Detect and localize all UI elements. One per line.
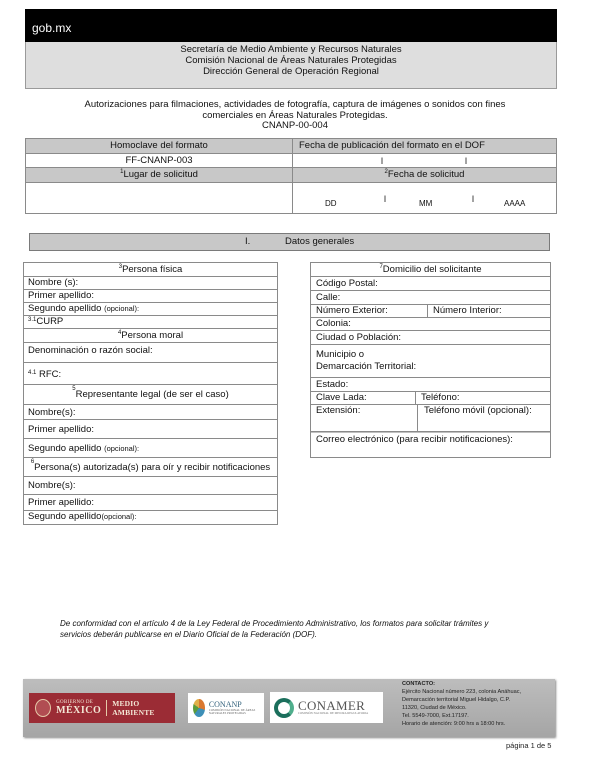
table-row: 1Lugar de solicitud 2Fecha de solicitud bbox=[26, 168, 556, 183]
field-label: Extensión: bbox=[316, 405, 360, 416]
date-separator: l bbox=[465, 154, 467, 168]
format-info-table: Homoclave del formato Fecha de publicaci… bbox=[25, 138, 557, 214]
denominacion-field[interactable]: Denominación o razón social: bbox=[24, 343, 277, 363]
representante-title: Representante legal (de ser el caso) bbox=[76, 389, 229, 400]
conanp-emblem-icon bbox=[193, 699, 205, 717]
primer-apellido-field[interactable]: Primer apellido: bbox=[24, 290, 277, 303]
conamer-emblem-icon bbox=[274, 698, 294, 718]
optional-label: (opcional): bbox=[104, 444, 139, 453]
field-label: CURP bbox=[36, 316, 63, 327]
estado-field[interactable]: Estado: bbox=[311, 378, 550, 392]
year-label: AAAA bbox=[504, 197, 525, 211]
optional-label: (opcional): bbox=[104, 304, 139, 313]
legal-note-line: De conformidad con el artículo 4 de la L… bbox=[60, 619, 530, 630]
persona-fisica-title: Persona física bbox=[122, 264, 182, 275]
section-header: I. Datos generales bbox=[29, 233, 550, 251]
fecha-solicitud-header: 2Fecha de solicitud bbox=[292, 168, 556, 182]
table-row: FF-CNANP-003 l l bbox=[26, 154, 556, 168]
domicilio-title: Domicilio del solicitante bbox=[383, 263, 482, 276]
autorizadas-title: Persona(s) autorizada(s) para oír y reci… bbox=[34, 462, 270, 473]
curp-field[interactable]: 3.1CURP bbox=[24, 316, 277, 329]
numero-interior-field[interactable]: Número Interior: bbox=[428, 305, 550, 317]
field-label: Correo electrónico (para recibir notific… bbox=[316, 434, 513, 457]
representante-header: 5Representante legal (de ser el caso) bbox=[24, 385, 277, 405]
table-row: Homoclave del formato Fecha de publicaci… bbox=[26, 139, 556, 154]
aut-segundo-apellido-field[interactable]: Segundo apellido(opcional): bbox=[24, 511, 277, 524]
field-label: Segundo apellido bbox=[28, 511, 101, 522]
procedure-code: CNANP-00-004 bbox=[60, 121, 530, 132]
gobierno-mexico-logo: GOBIERNO DE MÉXICO MEDIO AMBIENTE bbox=[29, 693, 175, 723]
extension-row: Extensión: Teléfono móvil (opcional): bbox=[311, 405, 550, 432]
lugar-input[interactable] bbox=[26, 183, 292, 213]
field-label: Calle: bbox=[316, 291, 340, 304]
field-label: Colonia: bbox=[316, 318, 351, 330]
field-label: RFC: bbox=[36, 369, 61, 380]
field-label: Nombre(s): bbox=[28, 480, 76, 491]
table-row: DD l MM l AAAA bbox=[26, 183, 556, 213]
rep-segundo-apellido-field[interactable]: Segundo apellido (opcional): bbox=[24, 439, 277, 458]
logo-divider bbox=[106, 700, 107, 716]
numero-exterior-field[interactable]: Número Exterior: bbox=[311, 305, 428, 317]
field-label: Municipio o bbox=[316, 349, 550, 361]
contact-line: Demarcación territorial Miguel Hidalgo, … bbox=[402, 696, 552, 704]
contact-title: CONTACTO: bbox=[402, 680, 552, 688]
numero-row: Número Exterior: Número Interior: bbox=[311, 305, 550, 318]
field-label: Clave Lada: bbox=[316, 392, 367, 403]
date-separator: l bbox=[381, 154, 383, 168]
lugar-label: Lugar de solicitud bbox=[123, 169, 197, 180]
conamer-logo: CONAMER COMISIÓN NACIONAL DE MEJORA REGU… bbox=[270, 692, 383, 723]
correo-field[interactable]: Correo electrónico (para recibir notific… bbox=[311, 432, 550, 457]
calle-field[interactable]: Calle: bbox=[311, 291, 550, 305]
page-number: página 1 de 5 bbox=[506, 741, 551, 750]
contact-line: 11320, Ciudad de México. bbox=[402, 704, 552, 712]
date-separator: l bbox=[472, 192, 474, 206]
dof-date-field[interactable]: l l bbox=[292, 154, 556, 167]
field-label: Estado: bbox=[316, 378, 348, 391]
rep-nombre-field[interactable]: Nombre(s): bbox=[24, 405, 277, 420]
persona-fisica-header: 3Persona física bbox=[24, 263, 277, 277]
field-label: Segundo apellido bbox=[28, 303, 101, 314]
medio-ambiente-label: MEDIO AMBIENTE bbox=[112, 699, 175, 717]
title-line: Autorizaciones para filmaciones, activid… bbox=[60, 100, 530, 111]
persona-moral-title: Persona moral bbox=[121, 330, 183, 341]
telefono-movil-field[interactable]: Teléfono móvil (opcional): bbox=[418, 405, 550, 431]
header-institution-block: Secretaría de Medio Ambiente y Recursos … bbox=[25, 42, 557, 89]
field-label: Primer apellido: bbox=[28, 290, 94, 301]
institution-line: Dirección General de Operación Regional bbox=[26, 66, 556, 77]
aut-primer-apellido-field[interactable]: Primer apellido: bbox=[24, 495, 277, 511]
conamer-subtitle: COMISIÓN NACIONAL DE MEJORA REGULATORIA bbox=[298, 712, 368, 716]
ciudad-field[interactable]: Ciudad o Población: bbox=[311, 331, 550, 345]
contact-info: CONTACTO: Ejército Nacional número 223, … bbox=[402, 680, 552, 728]
colonia-field[interactable]: Colonia: bbox=[311, 318, 550, 331]
section-number: I. bbox=[245, 234, 250, 250]
nombre-field[interactable]: Nombre (s): bbox=[24, 277, 277, 290]
rfc-field[interactable]: 4.1 RFC: bbox=[24, 363, 277, 385]
fecha-solicitud-input[interactable]: DD l MM l AAAA bbox=[292, 183, 556, 213]
homoclave-value: FF-CNANP-003 bbox=[26, 154, 292, 167]
autorizadas-header: 6Persona(s) autorizada(s) para oír y rec… bbox=[24, 458, 277, 477]
field-label: Teléfono: bbox=[421, 392, 460, 403]
conanp-logo: CONANP COMISIÓN NACIONAL DE ÁREAS NATURA… bbox=[188, 693, 264, 723]
domicilio-header: 7Domicilio del solicitante bbox=[311, 263, 550, 277]
legal-note: De conformidad con el artículo 4 de la L… bbox=[60, 619, 530, 640]
field-label: Teléfono móvil (opcional): bbox=[424, 405, 532, 416]
aut-nombre-field[interactable]: Nombre(s): bbox=[24, 477, 277, 495]
date-separator: l bbox=[384, 192, 386, 206]
field-label: Nombre(s): bbox=[28, 407, 76, 418]
legal-note-line: servicios deberán publicarse en el Diari… bbox=[60, 630, 530, 641]
header-brand-bar: gob.mx bbox=[25, 9, 557, 42]
conanp-subtitle: COMISIÓN NACIONAL DE ÁREAS NATURALES PRO… bbox=[209, 709, 264, 716]
field-label: Código Postal: bbox=[316, 277, 378, 290]
field-label: Primer apellido: bbox=[28, 424, 94, 435]
document-title: Autorizaciones para filmaciones, activid… bbox=[60, 100, 530, 132]
dof-date-header: Fecha de publicación del formato en el D… bbox=[292, 139, 556, 153]
contact-line: Horario de atención: 9:00 hrs a 18:00 hr… bbox=[402, 720, 552, 728]
national-emblem-icon bbox=[35, 699, 51, 717]
domicilio-box: 7Domicilio del solicitante Código Postal… bbox=[310, 262, 551, 458]
contact-line: Ejército Nacional número 223, colonia An… bbox=[402, 688, 552, 696]
contact-line: Tel. 5549-7000, Ext.17197. bbox=[402, 712, 552, 720]
field-label: Número Exterior: bbox=[316, 305, 388, 316]
persona-moral-header: 4Persona moral bbox=[24, 329, 277, 343]
rep-primer-apellido-field[interactable]: Primer apellido: bbox=[24, 420, 277, 439]
field-label: Primer apellido: bbox=[28, 497, 94, 508]
institution-line: Comisión Nacional de Áreas Naturales Pro… bbox=[26, 55, 556, 66]
segundo-apellido-field[interactable]: Segundo apellido (opcional): bbox=[24, 303, 277, 316]
extension-field[interactable]: Extensión: bbox=[311, 405, 418, 431]
month-label: MM bbox=[419, 197, 432, 211]
field-label: Segundo apellido bbox=[28, 443, 101, 454]
field-label: Demarcación Territorial: bbox=[316, 361, 550, 373]
lada-row: Clave Lada: Teléfono: bbox=[311, 392, 550, 405]
codigo-postal-field[interactable]: Código Postal: bbox=[311, 277, 550, 291]
municipio-field[interactable]: Municipio o Demarcación Territorial: bbox=[311, 345, 550, 378]
field-label: Ciudad o Población: bbox=[316, 331, 401, 344]
fecha-label: Fecha de solicitud bbox=[388, 169, 465, 180]
section-title: Datos generales bbox=[285, 234, 354, 250]
applicant-persons-box: 3Persona física Nombre (s): Primer apell… bbox=[23, 262, 278, 525]
brand-label: gob.mx bbox=[32, 21, 71, 35]
field-label: Número Interior: bbox=[433, 305, 502, 316]
field-label: Nombre (s): bbox=[28, 277, 78, 288]
homoclave-header: Homoclave del formato bbox=[26, 139, 292, 153]
institution-line: Secretaría de Medio Ambiente y Recursos … bbox=[26, 44, 556, 55]
day-label: DD bbox=[325, 197, 337, 211]
field-label: Denominación o razón social: bbox=[28, 345, 153, 356]
lugar-header: 1Lugar de solicitud bbox=[26, 168, 292, 182]
clave-lada-field[interactable]: Clave Lada: bbox=[311, 392, 416, 404]
optional-label: (opcional): bbox=[101, 512, 136, 521]
gob-logo-main: MÉXICO bbox=[56, 706, 101, 716]
gob-logo-text: GOBIERNO DE MÉXICO bbox=[56, 700, 101, 716]
telefono-field[interactable]: Teléfono: bbox=[416, 392, 550, 404]
